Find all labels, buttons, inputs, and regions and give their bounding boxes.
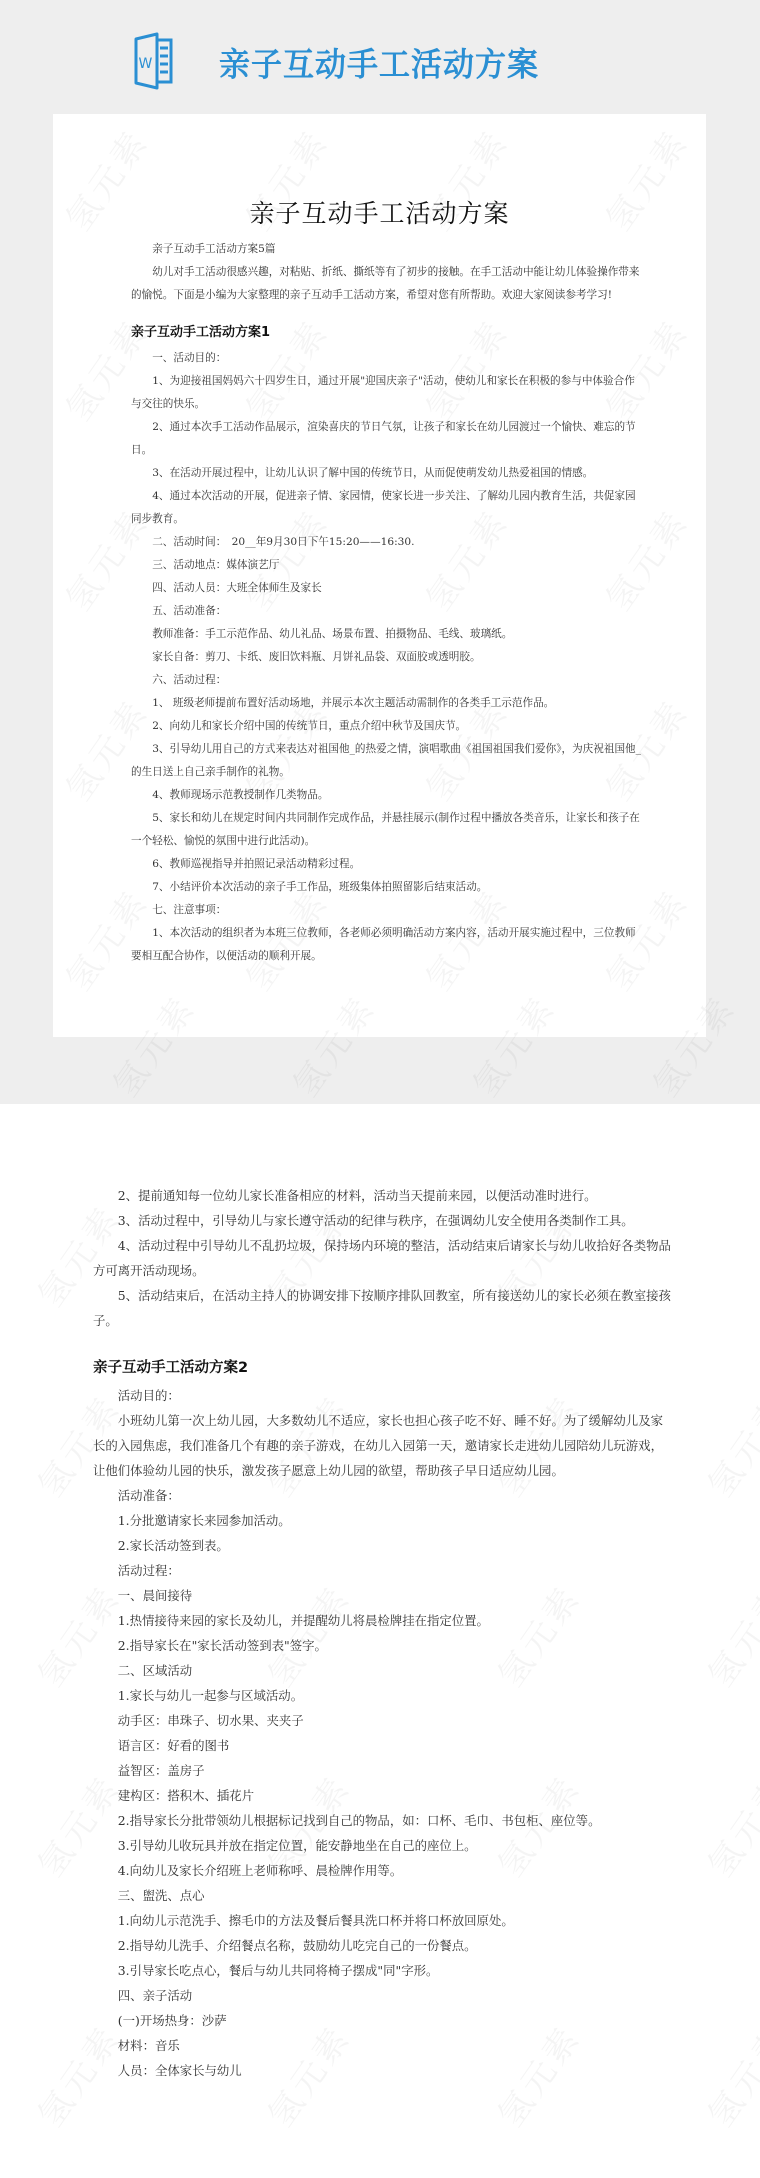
paragraph: 4、教师现场示范教授制作几类物品。: [131, 784, 641, 807]
paragraph: 1、为迎接祖国妈妈六十四岁生日，通过开展"迎国庆亲子"活动，使幼儿和家长在积极的…: [131, 370, 641, 416]
intro-paragraph: 幼儿对手工活动很感兴趣，对粘贴、折纸、撕纸等有了初步的接触。在手工活动中能让幼儿…: [131, 261, 641, 307]
list-line: 人员：全体家长与幼儿: [93, 2058, 673, 2083]
watermark: 氢元素: [694, 1574, 760, 1695]
list-line: 三、盥洗、点心: [93, 1883, 673, 1908]
paragraph: 四、活动人员：大班全体师生及家长: [131, 577, 641, 600]
paragraph: 二、活动时间： 20__年9月30日下午15:20——16:30.: [131, 531, 641, 554]
paragraph: 七、注意事项：: [131, 899, 641, 922]
section-heading-1: 亲子互动手工活动方案1: [131, 321, 641, 345]
list-line: 3.引导幼儿收玩具并放在指定位置，能安静地坐在自己的座位上。: [93, 1833, 673, 1858]
paragraph: 2、通过本次手工活动作品展示，渲染喜庆的节日气氛，让孩子和家长在幼儿园渡过一个愉…: [131, 416, 641, 462]
paragraph: 1、 班级老师提前布置好活动场地，并展示本次主题活动需制作的各类手工示范作品。: [131, 692, 641, 715]
list-line: 益智区：盖房子: [93, 1758, 673, 1783]
list-line: 语言区：好看的图书: [93, 1733, 673, 1758]
watermark: 氢元素: [694, 1384, 760, 1505]
paragraph: 7、小结评价本次活动的亲子手工作品，班级集体拍照留影后结束活动。: [131, 876, 641, 899]
watermark: 氢元素: [694, 1764, 760, 1885]
list-line: (一)开场热身：沙萨: [93, 2008, 673, 2033]
paragraph: 家长自备：剪刀、卡纸、废旧饮料瓶、月饼礼品袋、双面胶或透明胶。: [131, 646, 641, 669]
paragraph: 三、活动地点：媒体演艺厅: [131, 554, 641, 577]
list-line: 1.热情接待来园的家长及幼儿，并提醒幼儿将晨检牌挂在指定位置。: [93, 1608, 673, 1633]
paragraph: 3、活动过程中，引导幼儿与家长遵守活动的纪律与秩序，在强调幼儿安全使用各类制作工…: [93, 1208, 673, 1233]
word-document-icon: W: [133, 31, 173, 91]
paragraph: 1、本次活动的组织者为本班三位教师，各老师必须明确活动方案内容，活动开展实施过程…: [131, 922, 641, 968]
list-line: 4.向幼儿及家长介绍班上老师称呼、晨检牌作用等。: [93, 1858, 673, 1883]
list-line: 材料：音乐: [93, 2033, 673, 2058]
list-line: 建构区：搭积木、插花片: [93, 1783, 673, 1808]
list-line: 活动过程：: [93, 1558, 673, 1583]
list-line: 2.家长活动签到表。: [93, 1533, 673, 1558]
section-heading-2: 亲子互动手工活动方案2: [93, 1355, 673, 1381]
list-line: 动手区：串珠子、切水果、夹夹子: [93, 1708, 673, 1733]
list-line: 1.向幼儿示范洗手、擦毛巾的方法及餐后餐具洗口杯并将口杯放回原处。: [93, 1908, 673, 1933]
paragraph: 5、家长和幼儿在规定时间内共同制作完成作品，并悬挂展示(制作过程中播放各类音乐，…: [131, 807, 641, 853]
list-line: 2.指导幼儿洗手、介绍餐点名称，鼓励幼儿吃完自己的一份餐点。: [93, 1933, 673, 1958]
list-line: 1.分批邀请家长来园参加活动。: [93, 1508, 673, 1533]
list-line: 一、晨间接待: [93, 1583, 673, 1608]
document-subtitle: 亲子互动手工活动方案5篇: [131, 238, 641, 261]
list-line: 2.指导家长分批带领幼儿根据标记找到自己的物品，如：口杯、毛巾、书包柜、座位等。: [93, 1808, 673, 1833]
list-line: 3.引导家长吃点心，餐后与幼儿共同将椅子摆成"同"字形。: [93, 1958, 673, 1983]
paragraph: 五、活动准备：: [131, 600, 641, 623]
paragraph: 2、提前通知每一位幼儿家长准备相应的材料，活动当天提前来园，以便活动准时进行。: [93, 1183, 673, 1208]
paragraph: 6、教师巡视指导并拍照记录活动精彩过程。: [131, 853, 641, 876]
paragraph: 一、活动目的：: [131, 347, 641, 370]
document-title: 亲子互动手工活动方案: [53, 194, 706, 230]
paragraph: 5、活动结束后，在活动主持人的协调安排下按顺序排队回教室，所有接送幼儿的家长必须…: [93, 1283, 673, 1333]
list-line: 2.指导家长在"家长活动签到表"签字。: [93, 1633, 673, 1658]
list-line: 活动准备：: [93, 1483, 673, 1508]
paragraph: 六、活动过程：: [131, 669, 641, 692]
watermark: 氢元素: [694, 2014, 760, 2135]
header: W 亲子互动手工活动方案: [133, 30, 539, 92]
paragraph: 3、引导幼儿用自己的方式来表达对祖国他_的热爱之情，演唱歌曲《祖国祖国我们爱你》…: [131, 738, 641, 784]
paragraph: 4、通过本次活动的开展，促进亲子情、家园情，使家长进一步关注、了解幼儿园内教育生…: [131, 485, 641, 531]
paragraph: 小班幼儿第一次上幼儿园，大多数幼儿不适应，家长也担心孩子吃不好、睡不好。为了缓解…: [93, 1408, 673, 1483]
document-body-1: 亲子互动手工活动方案5篇 幼儿对手工活动很感兴趣，对粘贴、折纸、撕纸等有了初步的…: [131, 238, 641, 968]
document-page-1: 氢元素 氢元素 氢元素 氢元素 氢元素 氢元素 氢元素 氢元素 氢元素 氢元素 …: [53, 114, 706, 1037]
paragraph: 3、在活动开展过程中，让幼儿认识了解中国的传统节日，从而促使萌发幼儿热爱祖国的情…: [131, 462, 641, 485]
list-line: 二、区域活动: [93, 1658, 673, 1683]
paragraph: 4、活动过程中引导幼儿不乱扔垃圾，保持场内环境的整洁，活动结束后请家长与幼儿收拾…: [93, 1233, 673, 1283]
paragraph: 活动目的：: [93, 1383, 673, 1408]
paragraph: 2、向幼儿和家长介绍中国的传统节日，重点介绍中秋节及国庆节。: [131, 715, 641, 738]
list-line: 四、亲子活动: [93, 1983, 673, 2008]
preview-banner: 氢元素 氢元素 氢元素 氢元素 W 亲子互动手工活动方案 氢元素 氢元素 氢元素…: [0, 0, 760, 1104]
list-line: 1.家长与幼儿一起参与区域活动。: [93, 1683, 673, 1708]
document-page-2: 2、提前通知每一位幼儿家长准备相应的材料，活动当天提前来园，以便活动准时进行。 …: [93, 1183, 673, 2083]
header-title: 亲子互动手工活动方案: [219, 37, 539, 84]
svg-text:W: W: [139, 56, 153, 72]
paragraph: 教师准备：手工示范作品、幼儿礼品、场景布置、拍摄物品、毛线、玻璃纸。: [131, 623, 641, 646]
